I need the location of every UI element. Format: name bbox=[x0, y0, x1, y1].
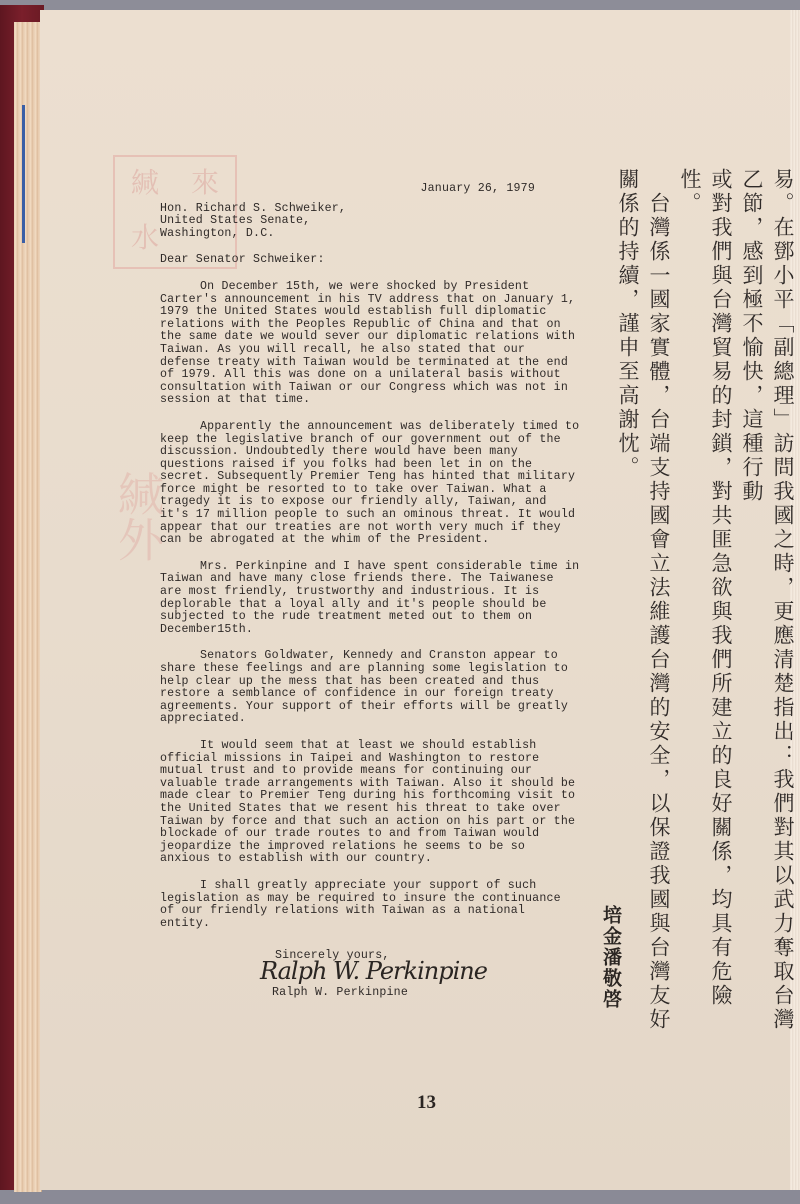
chinese-column: 或對我們與台灣貿易的封鎖，對共匪急欲與我們所建立的良好關係，均具有危險性。 bbox=[674, 168, 736, 1048]
address-line: United States Senate, bbox=[160, 215, 580, 228]
signer-name: Ralph W. Perkinpine bbox=[272, 987, 580, 1000]
recipient-address: Hon. Richard S. Schweiker, United States… bbox=[160, 203, 580, 241]
letter-paragraph: On December 15th, we were shocked by Pre… bbox=[160, 281, 580, 407]
letter-paragraph: It would seem that at least we should es… bbox=[160, 740, 580, 866]
background-bottom bbox=[0, 1190, 800, 1204]
letter-paragraph: Apparently the announcement was delibera… bbox=[160, 421, 580, 547]
page-edges bbox=[14, 22, 42, 1192]
page-number: 13 bbox=[417, 1092, 436, 1114]
handwritten-signature: Ralph W. Perkinpine bbox=[260, 965, 580, 987]
letter-paragraph: I shall greatly appreciate your support … bbox=[160, 880, 580, 930]
chinese-column: 易。在鄧小平「副總理」訪問我國之時，更應清楚指出：我們對其以武力奪取台灣乙節，感… bbox=[736, 168, 798, 1048]
letter-paragraph: Mrs. Perkinpine and I have spent conside… bbox=[160, 561, 580, 637]
salutation: Dear Senator Schweiker: bbox=[160, 254, 580, 267]
chinese-signature: 培金潘敬啓 bbox=[598, 905, 625, 1010]
bookmark-line bbox=[22, 105, 25, 243]
letter-date: January 26, 1979 bbox=[160, 183, 580, 196]
typed-letter: January 26, 1979 Hon. Richard S. Schweik… bbox=[160, 183, 580, 999]
address-line: Washington, D.C. bbox=[160, 228, 580, 241]
bleedthrough-text: 緘外 bbox=[108, 470, 168, 562]
chinese-translation: 我國對外條約的信用。台端對彼等提案的支持，殊深銘感！ 台北與華盛頓之間，至少應建… bbox=[612, 168, 800, 1048]
letter-paragraph: Senators Goldwater, Kennedy and Cranston… bbox=[160, 650, 580, 726]
